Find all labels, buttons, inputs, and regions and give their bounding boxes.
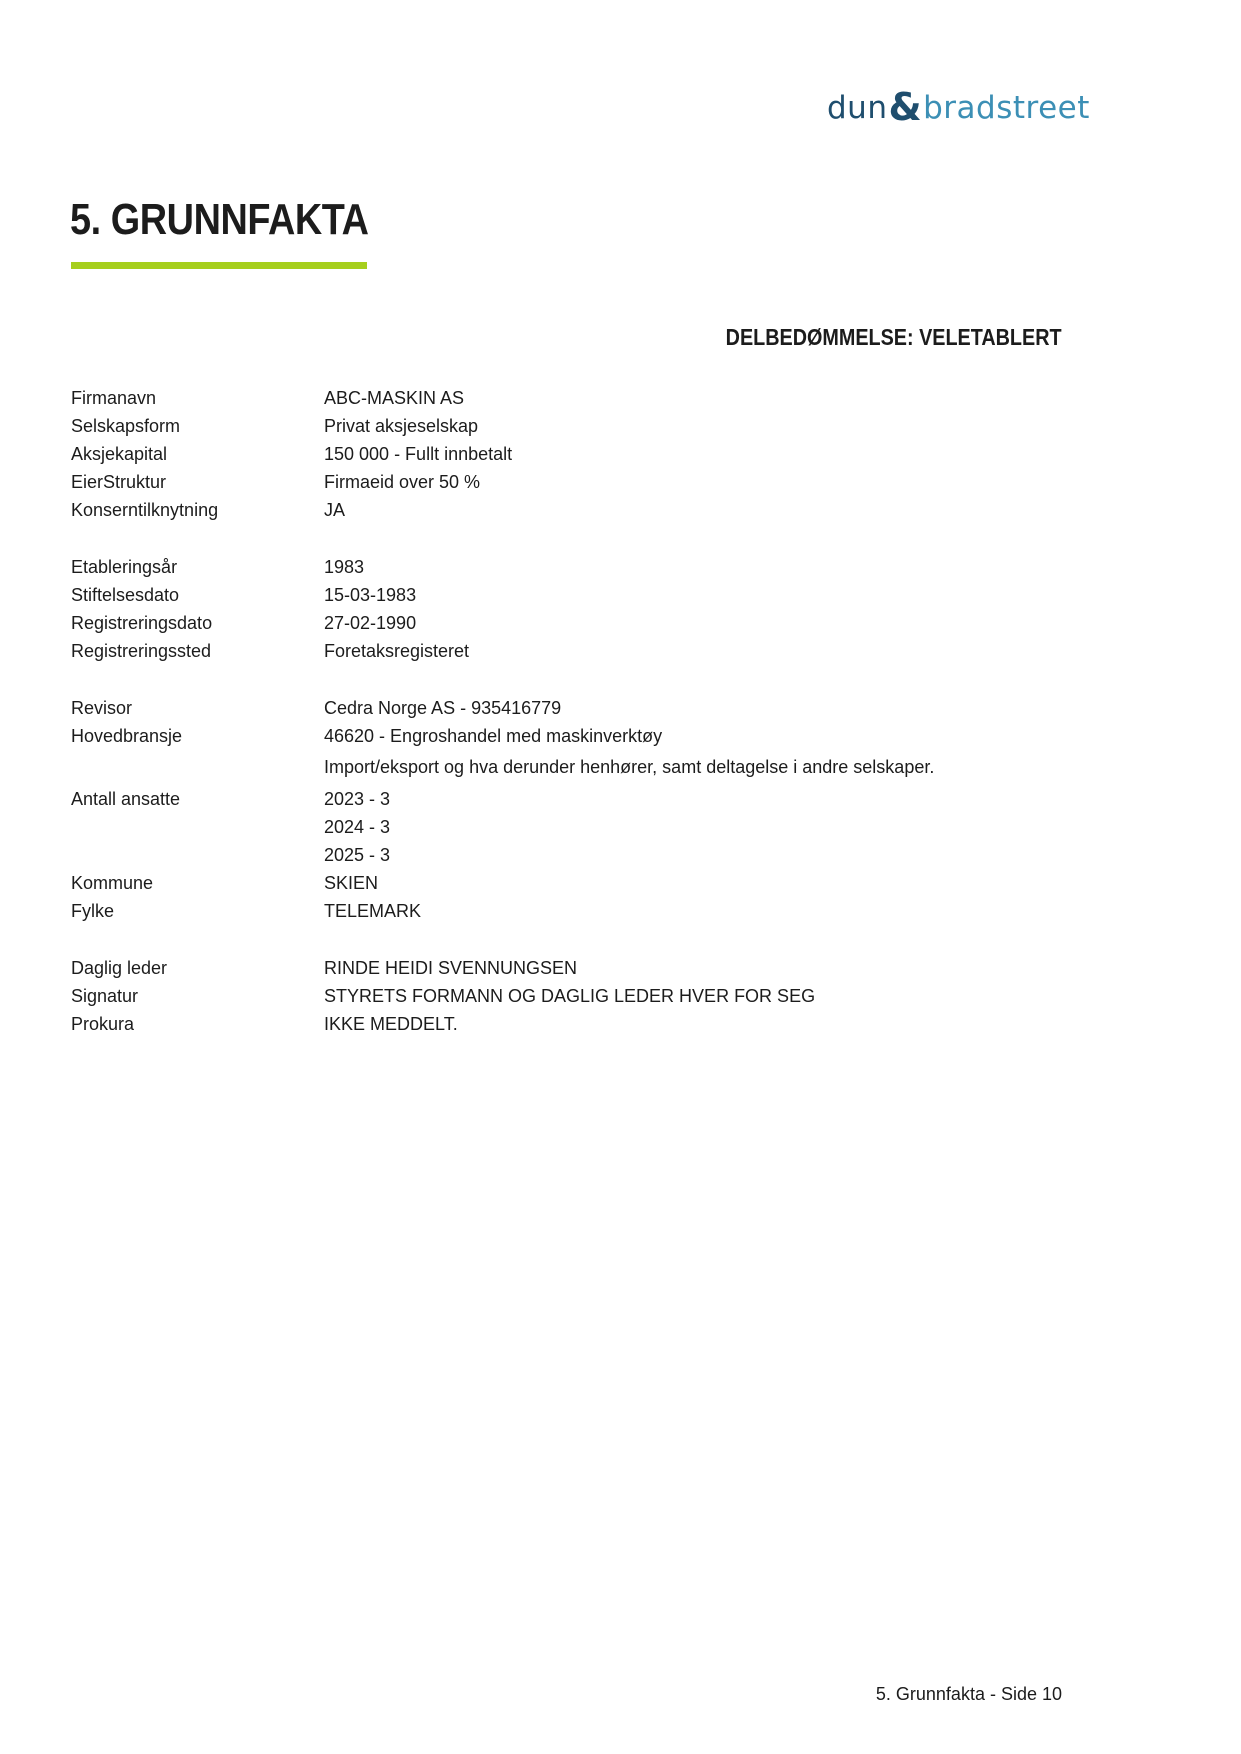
fact-value: ABC-MASKIN AS [324, 384, 1071, 412]
fact-label: Aksjekapital [71, 440, 324, 468]
logo-text-dun: dun [827, 93, 887, 124]
fact-value: Firmaeid over 50 % [324, 468, 1071, 496]
fact-label: Stiftelsesdato [71, 581, 324, 609]
fact-value: SKIEN [324, 869, 1071, 897]
fact-value: 1983 [324, 553, 1071, 581]
fact-value: TELEMARK [324, 897, 1071, 925]
fact-row-registreringsdato: Registreringsdato 27-02-1990 [71, 609, 1071, 637]
fact-row-eierstruktur: EierStruktur Firmaeid over 50 % [71, 468, 1071, 496]
fact-row-daglig-leder: Daglig leder RINDE HEIDI SVENNUNGSEN [71, 954, 1071, 982]
page-footer: 5. Grunnfakta - Side 10 [876, 1684, 1062, 1705]
logo-text-bradstreet: bradstreet [923, 93, 1090, 124]
fact-label: Registreringssted [71, 637, 324, 665]
group-spacer [71, 925, 1071, 954]
fact-row-antall-ansatte: Antall ansatte 2023 - 3 [71, 785, 1071, 813]
fact-value: RINDE HEIDI SVENNUNGSEN [324, 954, 1071, 982]
fact-label [71, 750, 324, 785]
fact-label: Registreringsdato [71, 609, 324, 637]
fact-label: Signatur [71, 982, 324, 1010]
group-spacer [71, 524, 1071, 553]
fact-label [71, 813, 324, 841]
fact-value: 2024 - 3 [324, 813, 1071, 841]
fact-value: Privat aksjeselskap [324, 412, 1071, 440]
fact-value: Foretaksregisteret [324, 637, 1071, 665]
fact-row-konserntilknytning: Konserntilknytning JA [71, 496, 1071, 524]
fact-label: Selskapsform [71, 412, 324, 440]
facts-table: Firmanavn ABC-MASKIN AS Selskapsform Pri… [71, 384, 1071, 1038]
group-spacer [71, 665, 1071, 694]
fact-label: Revisor [71, 694, 324, 722]
fact-row-bransje-beskrivelse: Import/eksport og hva derunder henhører,… [71, 750, 1071, 785]
fact-value: JA [324, 496, 1071, 524]
fact-value: 2023 - 3 [324, 785, 1071, 813]
fact-row-signatur: Signatur STYRETS FORMANN OG DAGLIG LEDER… [71, 982, 1071, 1010]
fact-value: IKKE MEDDELT. [324, 1010, 1071, 1038]
fact-label: Etableringsår [71, 553, 324, 581]
fact-row-etableringsar: Etableringsår 1983 [71, 553, 1071, 581]
fact-row-kommune: Kommune SKIEN [71, 869, 1071, 897]
fact-row-firmanavn: Firmanavn ABC-MASKIN AS [71, 384, 1071, 412]
dun-bradstreet-logo: dun & bradstreet [827, 80, 1090, 124]
fact-value: Import/eksport og hva derunder henhører,… [324, 750, 1071, 785]
fact-value: 46620 - Engroshandel med maskinverktøy [324, 722, 1071, 750]
fact-value: 15-03-1983 [324, 581, 1071, 609]
subrating-heading: DELBEDØMMELSE: VELETABLERT [726, 324, 1062, 351]
fact-row-selskapsform: Selskapsform Privat aksjeselskap [71, 412, 1071, 440]
fact-label: Prokura [71, 1010, 324, 1038]
fact-row-revisor: Revisor Cedra Norge AS - 935416779 [71, 694, 1071, 722]
fact-label: Hovedbransje [71, 722, 324, 750]
logo-ampersand-icon: & [888, 88, 922, 126]
fact-label: EierStruktur [71, 468, 324, 496]
fact-row-aksjekapital: Aksjekapital 150 000 - Fullt innbetalt [71, 440, 1071, 468]
fact-row-registreringssted: Registreringssted Foretaksregisteret [71, 637, 1071, 665]
fact-row-fylke: Fylke TELEMARK [71, 897, 1071, 925]
page-title: 5. GRUNNFAKTA [70, 195, 369, 245]
fact-row-hovedbransje: Hovedbransje 46620 - Engroshandel med ma… [71, 722, 1071, 750]
fact-label: Konserntilknytning [71, 496, 324, 524]
fact-value: STYRETS FORMANN OG DAGLIG LEDER HVER FOR… [324, 982, 1071, 1010]
fact-row-stiftelsesdato: Stiftelsesdato 15-03-1983 [71, 581, 1071, 609]
fact-row-prokura: Prokura IKKE MEDDELT. [71, 1010, 1071, 1038]
fact-row-antall-ansatte-2024: 2024 - 3 [71, 813, 1071, 841]
fact-value: 2025 - 3 [324, 841, 1071, 869]
fact-label: Fylke [71, 897, 324, 925]
fact-row-antall-ansatte-2025: 2025 - 3 [71, 841, 1071, 869]
fact-label: Firmanavn [71, 384, 324, 412]
title-accent-underline [71, 262, 367, 269]
fact-label [71, 841, 324, 869]
fact-label: Kommune [71, 869, 324, 897]
fact-label: Daglig leder [71, 954, 324, 982]
fact-label: Antall ansatte [71, 785, 324, 813]
fact-value: 27-02-1990 [324, 609, 1071, 637]
fact-value: 150 000 - Fullt innbetalt [324, 440, 1071, 468]
fact-value: Cedra Norge AS - 935416779 [324, 694, 1071, 722]
